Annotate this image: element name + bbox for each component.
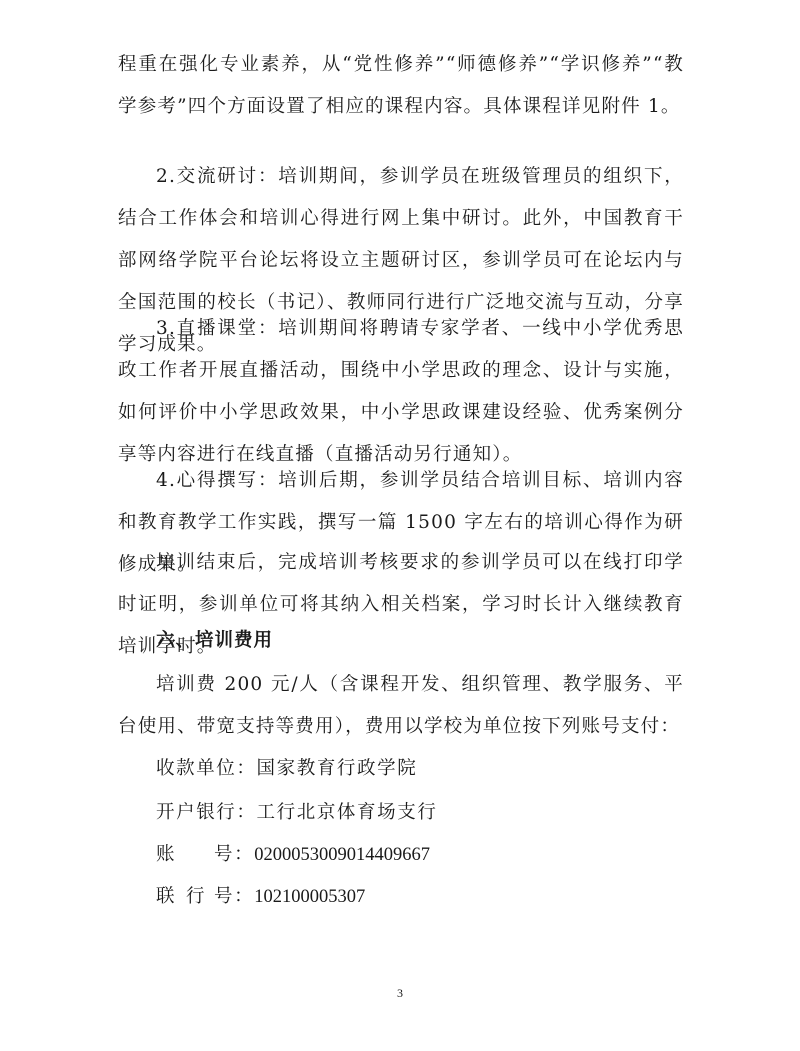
routing-number: 102100005307 [254, 887, 365, 907]
section-heading-training-fee: 六、培训费用 [156, 620, 273, 662]
routing-label-part1: 联 [156, 876, 186, 918]
payee-value: 国家教育行政学院 [257, 758, 418, 779]
routing-label-part3: 号： [214, 876, 254, 918]
routing-row: 联行号：102100005307 [156, 876, 365, 918]
page-number: 3 [0, 986, 800, 1001]
payee-label: 收款单位： [156, 748, 257, 790]
account-number: 0200053009014409667 [254, 845, 430, 865]
bank-label: 开户银行： [156, 792, 257, 834]
account-label-part2: 号： [214, 834, 254, 876]
document-page: 程重在强化专业素养，从“党性修养”“师德修养”“学识修养”“教学参考”四个方面设… [0, 0, 800, 1051]
bank-value: 工行北京体育场支行 [257, 802, 438, 823]
account-row: 账号：0200053009014409667 [156, 834, 430, 876]
bank-row: 开户银行：工行北京体育场支行 [156, 792, 437, 834]
paragraph-live-class: 3.直播课堂：培训期间将聘请专家学者、一线中小学优秀思政工作者开展直播活动，围绕… [118, 308, 684, 476]
routing-label-part2: 行 [186, 876, 214, 918]
account-label-part1: 账 [156, 834, 214, 876]
paragraph-fee-description: 培训费 200 元/人（含课程开发、组织管理、教学服务、平台使用、带宽支持等费用… [118, 664, 684, 748]
paragraph-course-content: 程重在强化专业素养，从“党性修养”“师德修养”“学识修养”“教学参考”四个方面设… [118, 44, 684, 128]
payee-row: 收款单位：国家教育行政学院 [156, 748, 417, 790]
